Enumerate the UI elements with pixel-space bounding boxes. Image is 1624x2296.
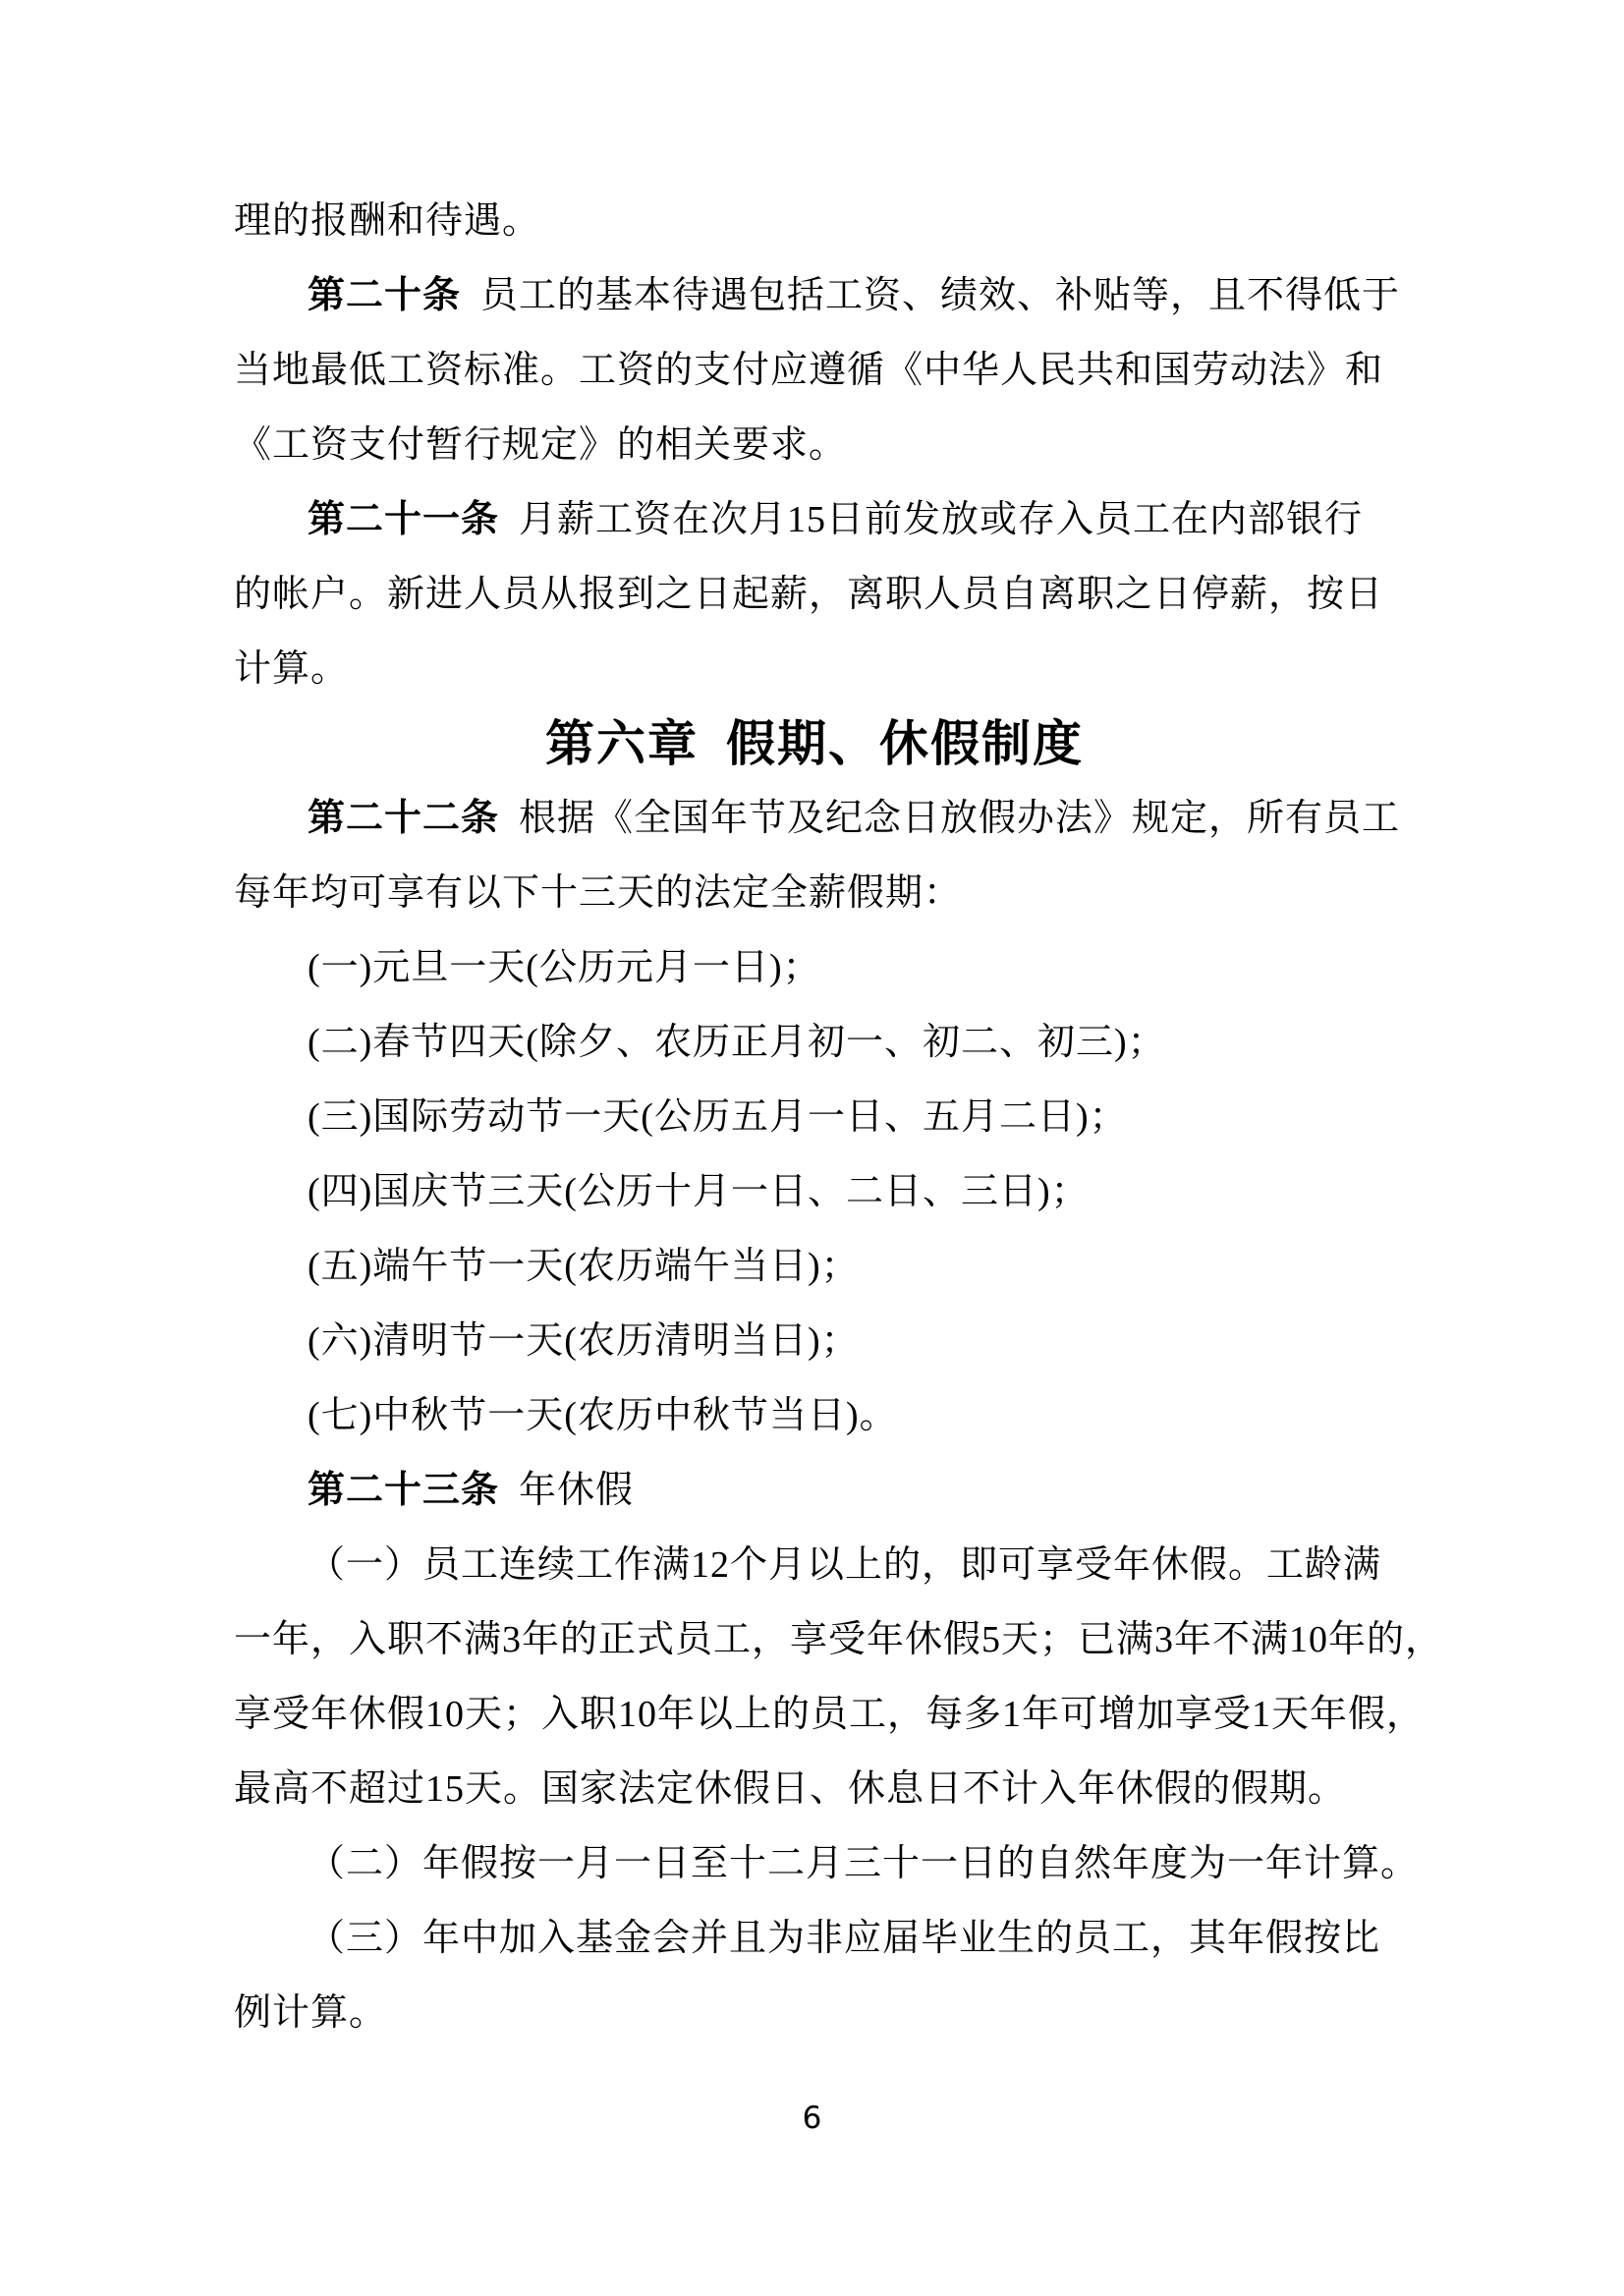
text-line: 一年，入职不满3年的正式员工，享受年休假5天；已满3年不满10年的，	[234, 1602, 1395, 1677]
list-item: （二）年假按一月一日至十二月三十一日的自然年度为一年计算。	[234, 1826, 1395, 1901]
line-text: (二)春节四天(除夕、农历正月初一、初二、初三)；	[308, 1022, 1166, 1063]
article-number-label: 第二十条	[308, 275, 461, 316]
line-text: (七)中秋节一天(农历中秋节当日)。	[308, 1395, 898, 1436]
text-line: 当地最低工资标准。工资的支付应遵循《中华人民共和国劳动法》和	[234, 333, 1395, 408]
line-text: 员工的基本待遇包括工资、绩效、补贴等，且不得低于	[480, 275, 1400, 316]
text-line: 计算。	[234, 632, 1395, 706]
chapter-number: 第六章	[545, 715, 699, 772]
line-text: 一年，入职不满3年的正式员工，享受年休假5天；已满3年不满10年的，	[234, 1619, 1443, 1660]
line-text: (三)国际劳动节一天(公历五月一日、五月二日)；	[308, 1096, 1128, 1138]
line-text: (一)元旦一天(公历元月一日)；	[308, 947, 821, 988]
document-body: 理的报酬和待遇。 第二十条员工的基本待遇包括工资、绩效、补贴等，且不得低于 当地…	[234, 184, 1395, 2050]
line-text: 《工资支付暂行规定》的相关要求。	[234, 424, 847, 466]
document-page: 理的报酬和待遇。 第二十条员工的基本待遇包括工资、绩效、补贴等，且不得低于 当地…	[0, 0, 1624, 2296]
text-line: 每年均可享有以下十三天的法定全薪假期：	[234, 856, 1395, 930]
text-line: 例计算。	[234, 1976, 1395, 2050]
line-text: 最高不超过15天。国家法定休假日、休息日不计入年休假的假期。	[234, 1768, 1346, 1810]
list-item: （一）员工连续工作满12个月以上的，即可享受年休假。工龄满	[234, 1528, 1395, 1602]
line-text: 享受年休假10天；入职10年以上的员工，每多1年可增加享受1天年假，	[234, 1694, 1425, 1735]
list-item: (三)国际劳动节一天(公历五月一日、五月二日)；	[234, 1080, 1395, 1154]
line-text: 例计算。	[234, 1992, 387, 2034]
article-paragraph: 第二十条员工的基本待遇包括工资、绩效、补贴等，且不得低于	[234, 258, 1395, 333]
article-number-label: 第二十一条	[308, 499, 499, 540]
line-text: (五)端午节一天(农历端午当日)；	[308, 1246, 860, 1287]
list-item: (二)春节四天(除夕、农历正月初一、初二、初三)；	[234, 1005, 1395, 1080]
page-number: 6	[0, 2099, 1624, 2138]
line-text: （三）年中加入基金会并且为非应届毕业生的员工，其年假按比	[308, 1918, 1380, 1959]
list-item: (七)中秋节一天(农历中秋节当日)。	[234, 1378, 1395, 1453]
line-text: (四)国庆节三天(公历十月一日、二日、三日)；	[308, 1171, 1090, 1212]
line-text: 当地最低工资标准。工资的支付应遵循《中华人民共和国劳动法》和	[234, 350, 1383, 391]
line-text: 年休假	[519, 1470, 634, 1511]
chapter-title: 假期、休假制度	[726, 715, 1084, 772]
line-text: 计算。	[234, 648, 349, 690]
list-item: （三）年中加入基金会并且为非应届毕业生的员工，其年假按比	[234, 1901, 1395, 1976]
list-item: (四)国庆节三天(公历十月一日、二日、三日)；	[234, 1154, 1395, 1229]
article-number-label: 第二十二条	[308, 798, 499, 839]
article-paragraph: 第二十一条月薪工资在次月15日前发放或存入员工在内部银行	[234, 482, 1395, 557]
article-number-label: 第二十三条	[308, 1470, 499, 1511]
text-line: 最高不超过15天。国家法定休假日、休息日不计入年休假的假期。	[234, 1752, 1395, 1826]
line-text: （一）员工连续工作满12个月以上的，即可享受年休假。工龄满	[308, 1544, 1381, 1586]
article-paragraph: 第二十三条年休假	[234, 1453, 1395, 1528]
line-text: 根据《全国年节及纪念日放假办法》规定，所有员工	[519, 798, 1400, 839]
list-item: (五)端午节一天(农历端午当日)；	[234, 1229, 1395, 1304]
list-item: (一)元旦一天(公历元月一日)；	[234, 930, 1395, 1005]
text-line: 理的报酬和待遇。	[234, 184, 1395, 258]
line-text: (六)清明节一天(农历清明当日)；	[308, 1320, 860, 1362]
text-line: 享受年休假10天；入职10年以上的员工，每多1年可增加享受1天年假，	[234, 1677, 1395, 1752]
list-item: (六)清明节一天(农历清明当日)；	[234, 1304, 1395, 1378]
chapter-heading: 第六章假期、休假制度	[234, 706, 1395, 781]
line-text: 月薪工资在次月15日前发放或存入员工在内部银行	[519, 499, 1363, 540]
line-text: 的帐户。新进人员从报到之日起薪，离职人员自离职之日停薪，按日	[234, 574, 1383, 615]
text-line: 的帐户。新进人员从报到之日起薪，离职人员自离职之日停薪，按日	[234, 557, 1395, 632]
line-text: （二）年假按一月一日至十二月三十一日的自然年度为一年计算。	[308, 1843, 1419, 1884]
line-text: 每年均可享有以下十三天的法定全薪假期：	[234, 872, 962, 914]
line-text: 理的报酬和待遇。	[234, 200, 540, 242]
article-paragraph: 第二十二条根据《全国年节及纪念日放假办法》规定，所有员工	[234, 781, 1395, 856]
text-line: 《工资支付暂行规定》的相关要求。	[234, 408, 1395, 482]
